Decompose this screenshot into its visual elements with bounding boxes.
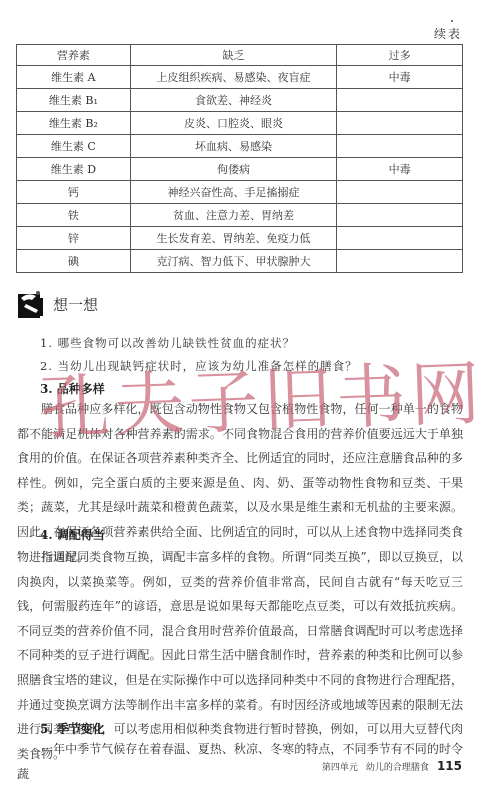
nutrient-cell: 铁 bbox=[17, 204, 131, 227]
section-heading-variety: 3. 品种多样 bbox=[40, 380, 105, 397]
column-header-nutrient: 营养素 bbox=[17, 45, 131, 66]
nutrient-cell: 维生素 B₁ bbox=[17, 89, 131, 112]
table-header-row: 营养素 缺乏 过多 bbox=[17, 45, 463, 66]
deficiency-cell: 生长发育差、胃纳差、免疫力低 bbox=[130, 227, 337, 250]
excess-cell bbox=[337, 227, 463, 250]
nutrient-cell: 维生素 D bbox=[17, 158, 131, 181]
deficiency-cell: 神经兴奋性高、手足搐搦症 bbox=[130, 181, 337, 204]
think-question-2: 2. 当幼儿出现缺钙症状时，应该为幼儿准备怎样的膳食？ bbox=[40, 358, 358, 374]
excess-cell: 中毒 bbox=[337, 66, 463, 89]
deficiency-cell: 贫血、注意力差、胃纳差 bbox=[130, 204, 337, 227]
section-heading-blending: 4. 调配得当 bbox=[40, 526, 105, 543]
deficiency-cell: 上皮组织疾病、易感染、夜盲症 bbox=[130, 66, 337, 89]
excess-cell bbox=[337, 89, 463, 112]
table-row: 碘 克汀病、智力低下、甲状腺肿大 bbox=[17, 250, 463, 273]
section-paragraph-variety: 膳食品种应多样化，既包含动物性食物又包含植物性食物，任何一种单一的食物都不能满足… bbox=[17, 397, 463, 569]
nutrient-cell: 维生素 A bbox=[17, 66, 131, 89]
deficiency-cell: 食欲差、神经炎 bbox=[130, 89, 337, 112]
deficiency-cell: 皮炎、口腔炎、眼炎 bbox=[130, 112, 337, 135]
deficiency-cell: 佝偻病 bbox=[130, 158, 337, 181]
excess-cell: 中毒 bbox=[337, 158, 463, 181]
excess-cell bbox=[337, 204, 463, 227]
table-row: 维生素 D 佝偻病 中毒 bbox=[17, 158, 463, 181]
table-row: 维生素 C 坏血病、易感染 bbox=[17, 135, 463, 158]
page-number: 115 bbox=[437, 759, 462, 773]
table-row: 铁 贫血、注意力差、胃纳差 bbox=[17, 204, 463, 227]
nutrient-cell: 维生素 B₂ bbox=[17, 112, 131, 135]
footer-unit: 第四单元 bbox=[322, 760, 358, 773]
column-header-deficiency: 缺乏 bbox=[130, 45, 337, 66]
section-heading-season: 5. 季节变化 bbox=[40, 720, 105, 737]
nutrient-cell: 钙 bbox=[17, 181, 131, 204]
continued-table-label: 续表 bbox=[434, 25, 462, 42]
paragraph-text: 膳食品种应多样化，既包含动物性食物又包含植物性食物，任何一种单一的食物都不能满足… bbox=[17, 397, 463, 569]
nutrient-cell: 锌 bbox=[17, 227, 131, 250]
table-row: 维生素 B₁ 食欲差、神经炎 bbox=[17, 89, 463, 112]
table-row: 维生素 A 上皮组织疾病、易感染、夜盲症 中毒 bbox=[17, 66, 463, 89]
nutrient-cell: 维生素 C bbox=[17, 135, 131, 158]
deficiency-cell: 克汀病、智力低下、甲状腺肿大 bbox=[130, 250, 337, 273]
nutrient-table: 营养素 缺乏 过多 维生素 A 上皮组织疾病、易感染、夜盲症 中毒 维生素 B₁… bbox=[16, 44, 463, 273]
thinking-person-icon bbox=[18, 290, 44, 318]
column-header-excess: 过多 bbox=[337, 45, 463, 66]
think-box-header: 想一想 bbox=[18, 290, 98, 318]
table-row: 锌 生长发育差、胃纳差、免疫力低 bbox=[17, 227, 463, 250]
nutrient-cell: 碘 bbox=[17, 250, 131, 273]
page-footer: 第四单元 幼儿的合理膳食 115 bbox=[322, 759, 462, 773]
table-row: 维生素 B₂ 皮炎、口腔炎、眼炎 bbox=[17, 112, 463, 135]
think-question-1: 1. 哪些食物可以改善幼儿缺铁性贫血的症状？ bbox=[40, 335, 295, 351]
excess-cell bbox=[337, 135, 463, 158]
excess-cell bbox=[337, 250, 463, 273]
footer-chapter: 幼儿的合理膳食 bbox=[366, 760, 429, 773]
scan-speck bbox=[451, 20, 453, 22]
excess-cell bbox=[337, 112, 463, 135]
excess-cell bbox=[337, 181, 463, 204]
table-row: 钙 神经兴奋性高、手足搐搦症 bbox=[17, 181, 463, 204]
deficiency-cell: 坏血病、易感染 bbox=[130, 135, 337, 158]
think-box-title: 想一想 bbox=[53, 294, 98, 315]
